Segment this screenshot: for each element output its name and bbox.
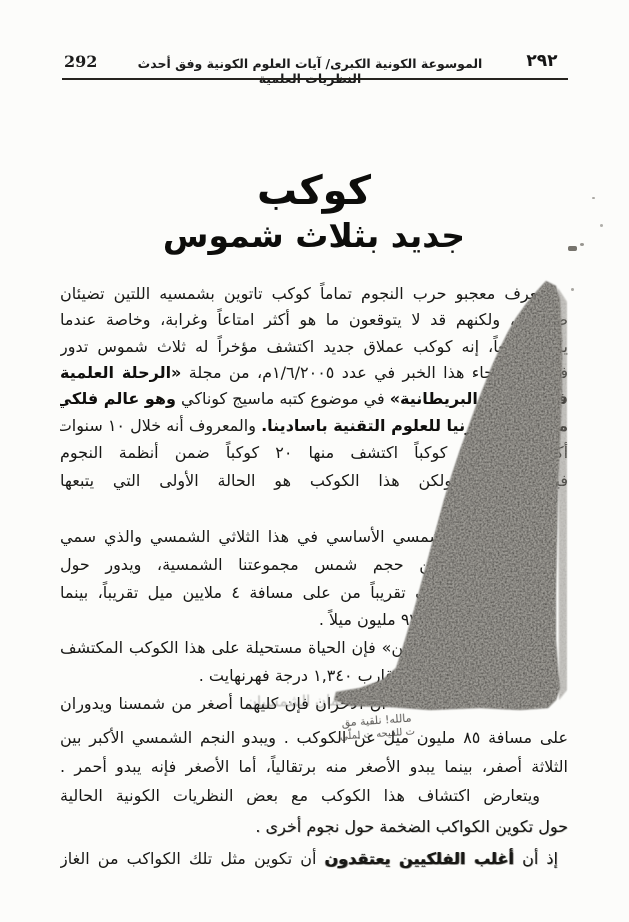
text-line: من حجم شمس مجموعتنا الشمسية، ويدور حول xyxy=(60,551,568,579)
text-line: الشمسي الأساسي في هذا الثلاثي الشمسي وال… xyxy=(60,523,568,551)
text-line: فيها شمسان ولكن هذا الكوكب هو الحالة الأ… xyxy=(60,467,568,495)
text-line: قارب ١,٣٤٠ درجة فهرنهايت . xyxy=(60,662,568,690)
text-line: معهد كاليفورنيا للعلوم التقنية باسادينا.… xyxy=(60,412,568,440)
page-number-arabic: ٢٩٢ xyxy=(520,51,564,71)
scan-speck xyxy=(571,288,574,291)
article-title-line1: كوكب xyxy=(60,168,568,214)
text-line: ين» فإن الحياة مستحيلة على هذا الكوكب ال… xyxy=(60,634,568,662)
scan-speck xyxy=(600,224,603,227)
scan-speck xyxy=(568,246,577,251)
text-line: صحراءه، ولكنهم قد لا يتوقعون ما هو أكثر … xyxy=(60,306,568,334)
scanned-page: 292 الموسوعة الكونية الكبرى/ آيات العلوم… xyxy=(0,0,629,922)
ghost-text: النجمان الشمسيان xyxy=(246,691,363,711)
article-title-line2: جديد بثلاث شموس xyxy=(60,216,568,255)
page-number-latin: 292 xyxy=(64,52,97,71)
text-line: الثلاثة أصفر، بينما يبدو الأصغر منه برتق… xyxy=(60,753,568,781)
text-line: إذ أن أغلب الفلكيين يعتقدون أن تكوين مثل… xyxy=(60,845,568,873)
scan-speck xyxy=(580,243,584,246)
text-line: ويتعارض اكتشاف هذا الكوكب مع بعض النظريا… xyxy=(60,782,568,810)
text-line: ٩٣ مليون ميلاً . xyxy=(60,606,568,634)
text-line: نصف تقريباً من على مسافة ٤ ملايين ميل تق… xyxy=(60,579,568,607)
text-line: في ذلك. وجاء هذا الخبر في عدد ١/٦/٢٠٠٥م،… xyxy=(60,359,568,387)
text-line: يعرف معجبو حرب النجوم تماماً كوكب تاتوين… xyxy=(60,280,568,308)
running-title: الموسوعة الكونية الكبرى/ آيات العلوم الك… xyxy=(110,56,510,86)
text-line: يكون واقعاً، إنه كوكب عملاق جديد اكتشف م… xyxy=(60,333,568,361)
header-divider xyxy=(62,78,568,80)
scan-speck xyxy=(592,197,595,199)
text-line: على مسافة ٨٥ مليون ميل عن الكوكب . ويبدو… xyxy=(60,724,568,752)
text-line: حول تكوين الكواكب الضخمة حول نجوم أخرى . xyxy=(60,813,568,841)
text-line: في الطبعة البريطانية» في موضوع كتبه ماسي… xyxy=(60,385,568,413)
text-line: أكثر من ١٥٠ كوكباً اكتشف منها ٢٠ كوكباً … xyxy=(60,439,568,467)
